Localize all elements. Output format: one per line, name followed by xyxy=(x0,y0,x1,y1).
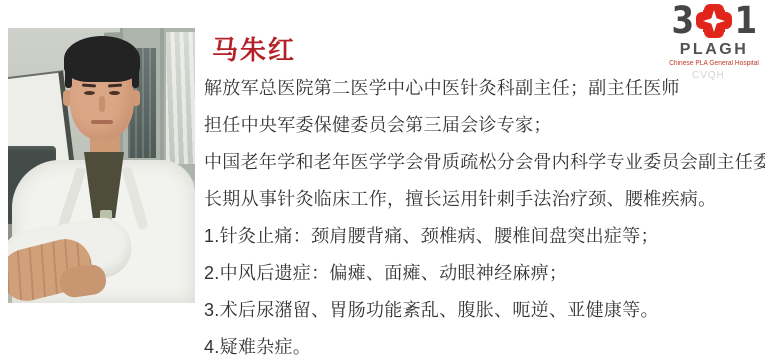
logo-acronym: PLAGH xyxy=(664,41,764,59)
bio-text-block: 解放军总医院第二医学中心中医针灸科副主任；副主任医师 担任中央军委保健委员会第三… xyxy=(204,68,765,363)
watermark-text: CVQH xyxy=(692,70,725,81)
photo-eye-left xyxy=(84,91,95,95)
photo-hair-side-right xyxy=(132,66,139,88)
bio-line-item-3: 3.术后尿潴留、胃肠功能紊乱、腹胀、呃逆、亚健康等。 xyxy=(204,290,765,327)
hospital-logo: 3 1 PLAGH Chinese PLA General Hospital xyxy=(664,2,764,67)
photo-mouth xyxy=(91,120,113,124)
logo-301: 3 1 xyxy=(664,2,764,40)
photo-cabinet-glass-right xyxy=(166,32,195,164)
doctor-photo xyxy=(8,28,195,303)
bio-line-item-2: 2.中风后遗症：偏瘫、面瘫、动眼神经麻痹； xyxy=(204,253,765,290)
logo-digit-1: 1 xyxy=(734,2,756,40)
logo-tagline: Chinese PLA General Hospital xyxy=(667,60,762,67)
profile-slide: 马朱红 解放军总医院第二医学中心中医针灸科副主任；副主任医师 担任中央军委保健委… xyxy=(0,0,765,363)
bio-line-position: 解放军总医院第二医学中心中医针灸科副主任；副主任医师 xyxy=(204,68,765,105)
photo-cabinet-divider xyxy=(160,28,164,180)
photo-hair-side-left xyxy=(65,66,72,88)
bio-line-item-1: 1.针灸止痛：颈肩腰背痛、颈椎病、腰椎间盘突出症等； xyxy=(204,216,765,253)
logo-digit-3: 3 xyxy=(672,2,694,40)
bio-line-specialty: 长期从事针灸临床工作，擅长运用针刺手法治疗颈、腰椎疾病。 xyxy=(204,179,765,216)
photo-hair xyxy=(64,36,140,82)
bio-line-committee: 中国老年学和老年医学学会骨质疏松分会骨内科学专业委员会副主任委员 xyxy=(204,142,765,179)
photo-eye-right xyxy=(109,91,120,95)
logo-flower-star-icon xyxy=(696,4,732,38)
bio-line-item-4: 4.疑难杂症。 xyxy=(204,327,765,363)
doctor-name-title: 马朱红 xyxy=(212,30,296,67)
bio-line-expert: 担任中央军委保健委员会第三届会诊专家； xyxy=(204,105,765,142)
photo-nose xyxy=(99,96,105,112)
